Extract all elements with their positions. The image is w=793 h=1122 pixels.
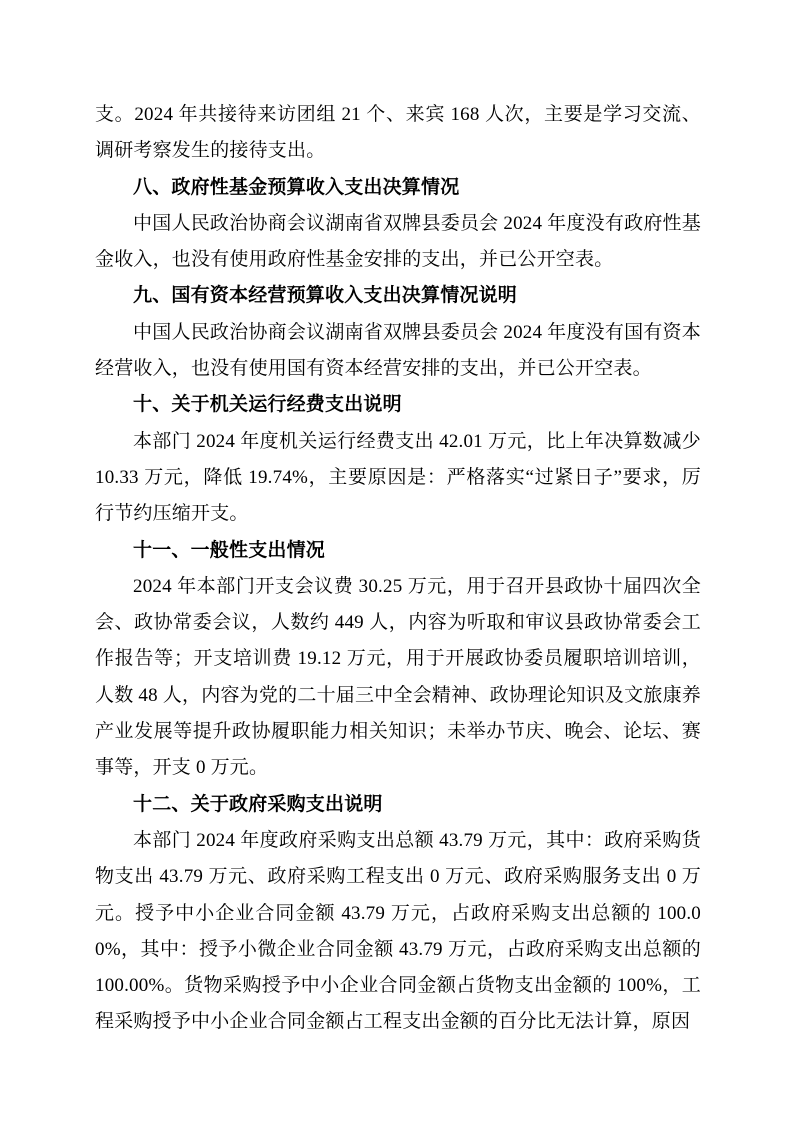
heading-section-12-procurement: 十二、关于政府采购支出说明 <box>95 787 701 823</box>
paragraph-state-capital: 中国人民政治协商会议湖南省双牌县委员会 2024 年度没有国有资本经营收入，也没… <box>95 315 701 388</box>
paragraph-procurement: 本部门 2024 年度政府采购支出总额 43.79 万元，其中：政府采购货物支出… <box>95 823 701 1041</box>
document-page: 支。2024 年共接待来访团组 21 个、来宾 168 人次，主要是学习交流、调… <box>0 0 793 1122</box>
paragraph-reception-expense-continued: 支。2024 年共接待来访团组 21 个、来宾 168 人次，主要是学习交流、调… <box>95 97 701 170</box>
heading-section-8-government-fund: 八、政府性基金预算收入支出决算情况 <box>95 170 701 206</box>
paragraph-operating-expense: 本部门 2024 年度机关运行经费支出 42.01 万元，比上年决算数减少 10… <box>95 424 701 533</box>
heading-section-10-operating-expense: 十、关于机关运行经费支出说明 <box>95 387 701 423</box>
document-content: 支。2024 年共接待来访团组 21 个、来宾 168 人次，主要是学习交流、调… <box>95 97 701 1041</box>
heading-section-11-general-expense: 十一、一般性支出情况 <box>95 533 701 569</box>
paragraph-general-expense: 2024 年本部门开支会议费 30.25 万元，用于召开县政协十届四次全会、政协… <box>95 569 701 787</box>
heading-section-9-state-capital: 九、国有资本经营预算收入支出决算情况说明 <box>95 278 701 314</box>
paragraph-government-fund: 中国人民政治协商会议湖南省双牌县委员会 2024 年度没有政府性基金收入，也没有… <box>95 206 701 279</box>
